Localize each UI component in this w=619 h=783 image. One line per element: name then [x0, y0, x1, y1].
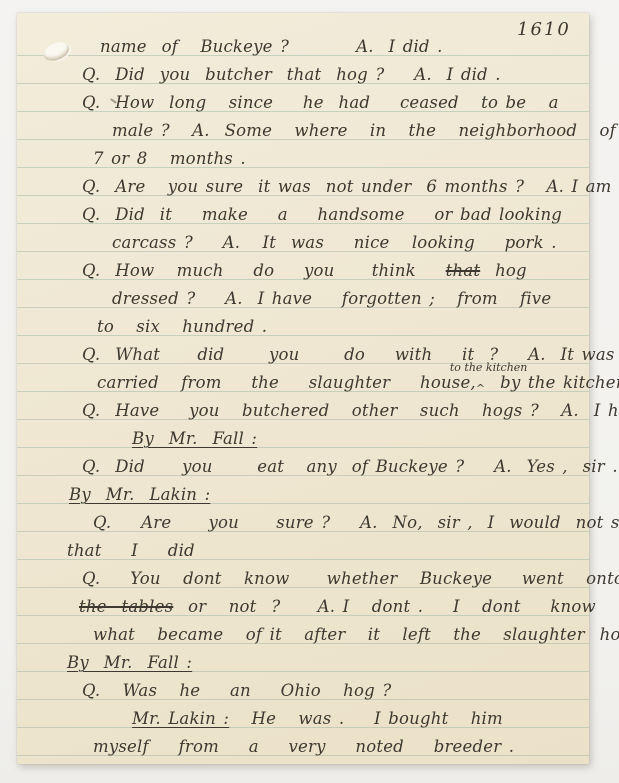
handwritten-line: name of Buckeye ? A. I did . — [100, 36, 443, 58]
interlinear-insertion: to the kitchen — [450, 357, 528, 379]
handwritten-line: male ? A. Some where in the neighborhood… — [112, 120, 616, 142]
handwritten-line: Q. Are you sure ? A. No, sir , I would n… — [93, 512, 619, 534]
handwritten-line: carcass ? A. It was nice looking pork . — [112, 232, 557, 254]
handwritten-line: Q. Have you butchered other such hogs ? … — [82, 400, 619, 422]
handwritten-line: 7 or 8 months . — [93, 148, 246, 170]
handwritten-line: Q. Was he an Ohio hog ? — [82, 680, 391, 702]
handwritten-line: myself from a very noted breeder . — [93, 736, 514, 758]
speaker-heading: By Mr. Lakin : — [69, 484, 210, 506]
speaker-statement: Mr. Lakin : He was . I bought him — [132, 708, 503, 730]
handwritten-line: to six hundred . — [97, 316, 267, 338]
speaker-heading: By Mr. Fall : — [132, 428, 257, 450]
handwritten-line: Q. Did you butcher that hog ? A. I did . — [82, 64, 501, 86]
caret-icon: ^ — [476, 382, 485, 395]
scanned-document: 1610 name of Buckeye ? A. I did . Q. Did… — [0, 0, 619, 783]
handwritten-line: dressed ? A. I have forgotten ; from fiv… — [112, 288, 551, 310]
document-page: 1610 name of Buckeye ? A. I did . Q. Did… — [17, 13, 589, 764]
handwritten-line: Q. Did you eat any of Buckeye ? A. Yes ,… — [82, 456, 618, 478]
handwritten-line: Q. You dont know whether Buckeye went on… — [82, 568, 619, 590]
handwritten-line: Q. What did you do with it ? A. It was — [82, 344, 615, 366]
struck-word: that — [446, 261, 481, 280]
handwritten-line: the tables or not ? A. I dont . I dont k… — [79, 596, 596, 618]
speaker-heading: By Mr. Fall : — [67, 652, 192, 674]
handwritten-line: Q. How much do you think that hog — [82, 260, 527, 282]
handwritten-line: Q. How long since he had ceased to be a — [82, 92, 559, 114]
handwritten-line: carried from the slaughter house,^to the… — [97, 372, 619, 400]
insertion-mark: ^to the kitchen — [476, 373, 485, 392]
handwritten-line: Q. Did it make a handsome or bad looking — [82, 204, 562, 226]
handwritten-line: Q. Are you sure it was not under 6 month… — [82, 176, 619, 198]
page-number: 1610 — [517, 19, 571, 40]
handwritten-line: that I did — [67, 540, 195, 562]
handwritten-line: what became of it after it left the slau… — [93, 624, 619, 646]
paper-damage-spot — [41, 39, 72, 65]
struck-words: the tables — [79, 597, 173, 616]
